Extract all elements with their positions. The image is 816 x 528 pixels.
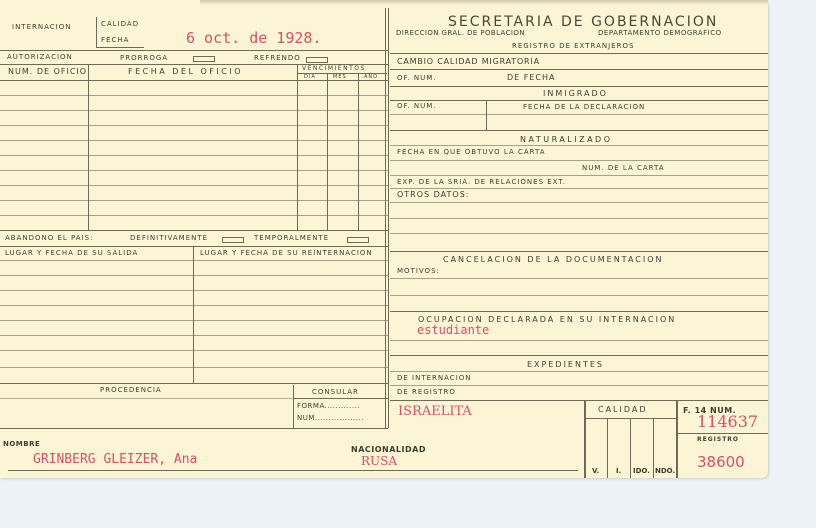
col-divider	[193, 246, 194, 383]
row-line	[0, 155, 388, 156]
rule	[293, 398, 388, 399]
col-divider	[293, 385, 294, 428]
col-num-oficio: NUM. DE OFICIO	[8, 68, 87, 76]
fecha-value: 6 oct. de 1928.	[186, 31, 321, 46]
motivos-label: MOTIVOS:	[397, 268, 440, 275]
fecha-underline	[96, 47, 144, 48]
row-line	[0, 170, 388, 171]
nacionalidad-value: RUSA	[361, 455, 397, 467]
direccion-label: DIRECCION GRAL. DE POBLACION	[396, 30, 525, 37]
col-divider	[630, 418, 631, 478]
row-line	[0, 140, 388, 141]
rule	[390, 385, 768, 386]
registro-label: REGISTRO	[697, 437, 739, 443]
rule	[390, 340, 768, 341]
definitivamente-label: DEFINITIVAMENTE	[130, 235, 208, 242]
cancelacion-title: CANCELACION DE LA DOCUMENTACION	[443, 256, 664, 264]
calidad-col-i: I.	[616, 468, 621, 475]
row-line	[0, 335, 388, 336]
col-divider	[297, 64, 298, 230]
f14-num-value: 114637	[697, 414, 758, 430]
row-line	[0, 185, 388, 186]
prorroga-checkbox[interactable]	[193, 56, 215, 62]
col-vencimientos: VENCIMIENTOS	[302, 66, 366, 72]
rule	[0, 230, 388, 231]
rule	[390, 278, 768, 279]
nombre-value: GRINBERG GLEIZER, Ana	[33, 453, 197, 466]
naturalizado-title: NATURALIZADO	[520, 136, 613, 144]
registration-card: INTERNACION CALIDAD FECHA 6 oct. de 1928…	[0, 0, 768, 478]
inmigrado-of-num-label: OF. NUM.	[397, 103, 437, 110]
rule	[390, 355, 768, 356]
registro-extranjeros-label: REGISTRO DE EXTRANJEROS	[512, 43, 634, 50]
rule	[390, 251, 768, 252]
otros-datos-label: OTROS DATOS:	[397, 191, 470, 199]
num-field[interactable]: NUM..................	[297, 415, 364, 422]
center-divider	[385, 8, 389, 428]
col-lugar-salida: LUGAR Y FECHA DE SU SALIDA	[5, 250, 138, 257]
fecha-carta-label: FECHA EN QUE OBTUVO LA CARTA	[397, 149, 546, 156]
calidad-label: CALIDAD	[101, 21, 139, 28]
rule	[390, 53, 768, 54]
col-lugar-reinternacion: LUGAR Y FECHA DE SU REINTERNACION	[200, 250, 373, 257]
rule	[390, 233, 768, 234]
rule	[0, 50, 388, 51]
col-divider	[653, 418, 654, 478]
calidad-col-ndo: NDO.	[655, 468, 675, 475]
abandono-label: ABANDONO EL PAIS:	[5, 235, 93, 242]
calidad-box-right	[676, 400, 678, 478]
temporalmente-checkbox[interactable]	[347, 237, 369, 243]
definitivamente-checkbox[interactable]	[222, 237, 244, 243]
col-fecha-oficio: FECHA DEL OFICIO	[128, 68, 243, 76]
cambio-of-num-label: OF. NUM.	[397, 75, 437, 82]
row-line	[0, 260, 388, 261]
cambio-de-fecha-label: DE FECHA	[507, 74, 556, 82]
row-line	[0, 290, 388, 291]
autorizacion-label: AUTORIZACION	[7, 54, 73, 61]
calidad-col-v: V.	[592, 468, 599, 475]
card-edge-shadow	[200, 0, 768, 5]
rule	[390, 371, 768, 372]
rule	[390, 311, 768, 312]
fecha-label: FECHA	[101, 37, 129, 44]
calidad-box-title: CALIDAD	[598, 406, 648, 414]
cambio-calidad-title: CAMBIO CALIDAD MIGRATORIA	[397, 58, 540, 66]
de-internacion-label: DE INTERNACION	[397, 375, 472, 382]
row-line	[0, 305, 388, 306]
rule	[390, 160, 768, 161]
col-divider	[607, 418, 608, 478]
rule	[0, 246, 388, 247]
temporalmente-label: TEMPORALMENTE	[254, 235, 329, 242]
rule	[390, 218, 768, 219]
departamento-label: DEPARTAMENTO DEMOGRAFICO	[598, 30, 722, 37]
calidad-box-left	[584, 400, 586, 478]
rule	[0, 383, 388, 384]
inmigrado-title: INMIGRADO	[543, 90, 608, 98]
row-line	[0, 275, 388, 276]
rule	[390, 175, 768, 176]
refrendo-checkbox[interactable]	[306, 57, 328, 63]
row-line	[0, 320, 388, 321]
consular-label: CONSULAR	[312, 389, 359, 396]
rule	[677, 433, 768, 434]
rule	[390, 145, 768, 146]
religion-value: ISRAELITA	[398, 405, 472, 418]
rule	[390, 100, 768, 101]
rule	[390, 114, 768, 115]
nacionalidad-label: NACIONALIDAD	[351, 446, 426, 454]
procedencia-label: PROCEDENCIA	[100, 387, 162, 394]
internacion-label: INTERNACION	[12, 24, 71, 31]
rule	[390, 202, 768, 203]
rule	[390, 188, 768, 189]
prorroga-label: PRORROGA	[120, 55, 168, 62]
rule	[390, 130, 768, 131]
row-line	[0, 200, 388, 201]
rule	[0, 398, 293, 399]
col-divider	[327, 73, 328, 230]
row-line	[0, 125, 388, 126]
expedientes-title: EXPEDIENTES	[527, 361, 604, 369]
row-line	[0, 215, 388, 216]
rule	[390, 69, 768, 70]
row-line	[0, 95, 388, 96]
rule	[0, 80, 388, 81]
col-divider	[88, 64, 89, 230]
col-divider	[358, 73, 359, 230]
secretaria-title: SECRETARIA DE GOBERNACION	[448, 15, 718, 29]
brace-divider	[96, 17, 97, 47]
num-carta-label: NUM. DE LA CARTA	[582, 165, 665, 172]
refrendo-label: REFRENDO	[254, 55, 301, 62]
row-line	[0, 367, 388, 368]
nombre-label: NOMBRE	[3, 441, 40, 448]
rule	[390, 86, 768, 87]
rule	[390, 295, 768, 296]
row-line	[0, 350, 388, 351]
rule	[0, 428, 388, 429]
ocupacion-value: estudiante	[417, 324, 489, 336]
row-line	[0, 110, 388, 111]
de-registro-label: DE REGISTRO	[397, 389, 456, 396]
registro-value: 38600	[697, 455, 745, 470]
forma-field[interactable]: FORMA.............	[297, 403, 360, 410]
fecha-declaracion-label: FECHA DE LA DECLARACION	[523, 104, 645, 111]
calidad-col-ido: IDO.	[633, 468, 650, 475]
col-divider	[486, 100, 487, 130]
bottom-rule	[8, 470, 578, 471]
rule	[390, 400, 768, 401]
exp-sria-label: EXP. DE LA SRIA. DE RELACIONES EXT.	[397, 179, 566, 186]
